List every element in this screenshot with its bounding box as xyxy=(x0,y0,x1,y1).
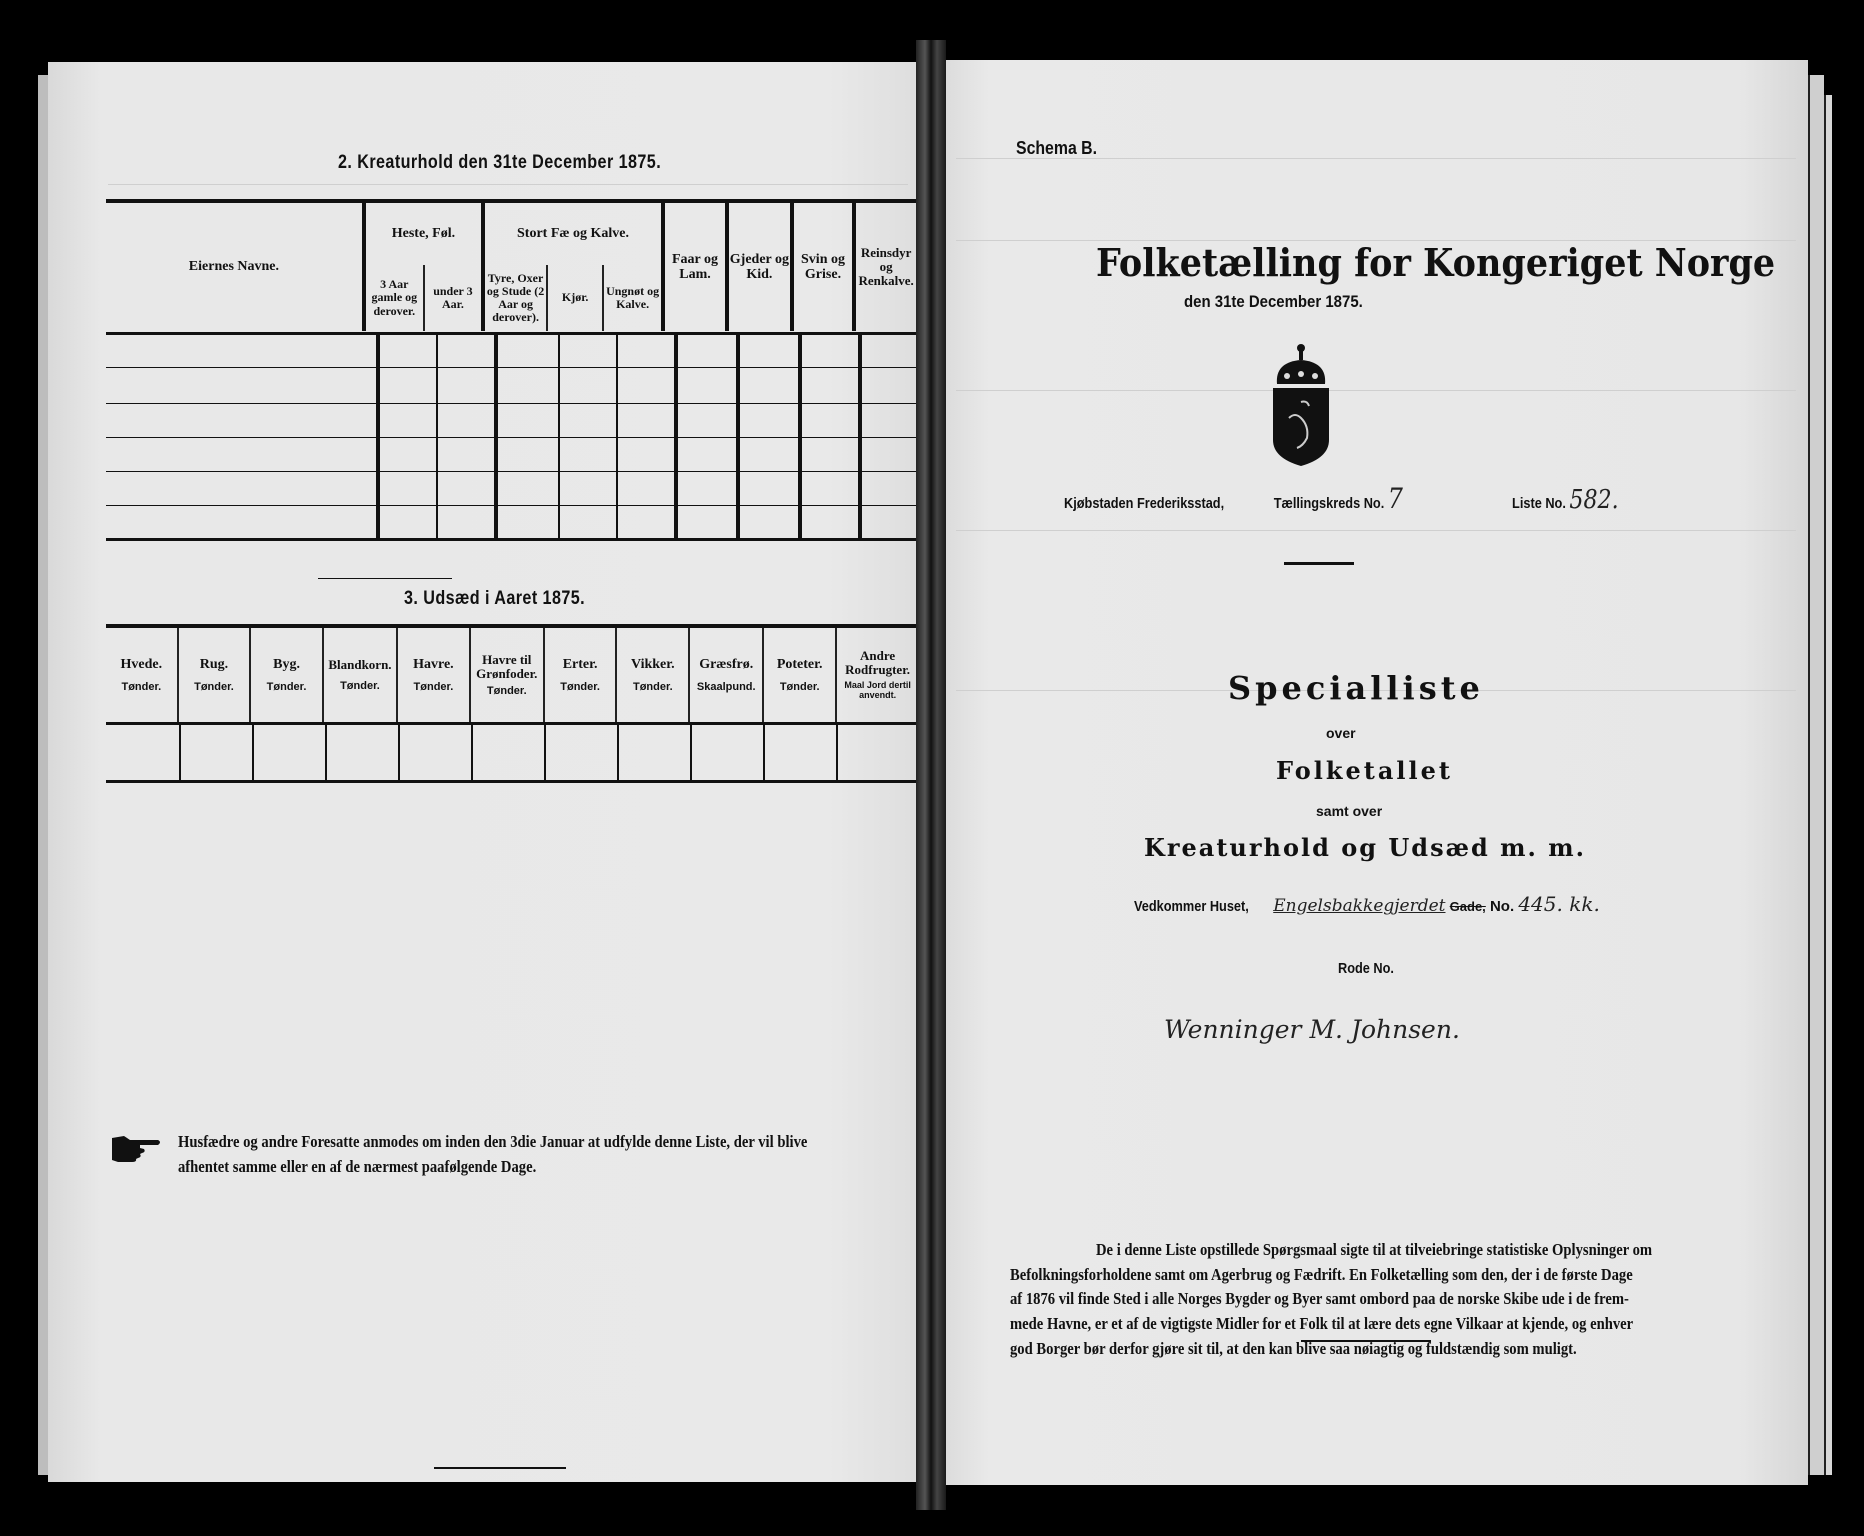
col-cattle-cows: Kjør. xyxy=(547,265,603,331)
samt-over-label: samt over xyxy=(1316,803,1382,819)
paragraph-line: af 1876 vil finde Sted i alle Norges Byg… xyxy=(1010,1287,1801,1312)
district-label: Tællingskreds No. xyxy=(1274,495,1385,512)
col-sheep: Faar og Lam. xyxy=(663,203,727,331)
col-horses-group: Heste, Føl. xyxy=(364,203,483,265)
livestock-table: Eiernes Navne. Heste, Føl. Stort Fæ og K… xyxy=(106,203,916,331)
col-owners: Eiernes Navne. xyxy=(106,203,364,331)
col-reindeer: Reinsdyr og Renkalve. xyxy=(854,203,916,331)
over-label: over xyxy=(1326,725,1356,741)
signature: Wenninger M. Johnsen. xyxy=(1164,1015,1460,1044)
schema-label: Schema B. xyxy=(1016,138,1097,159)
section3-title: 3. Udsæd i Aaret 1875. xyxy=(404,588,585,610)
left-page: 2. Kreaturhold den 31te December 1875. E… xyxy=(48,62,916,1482)
section2-title: 2. Kreaturhold den 31te December 1875. xyxy=(338,152,661,174)
folketallet-title: Folketallet xyxy=(1276,756,1453,785)
seed-col: Erter.Tønder. xyxy=(544,628,617,722)
seed-col: Græsfrø.Skaalpund. xyxy=(689,628,763,722)
paragraph-line: mede Havne, er et af de vigtigste Midler… xyxy=(1010,1312,1801,1337)
ghost-line xyxy=(956,158,1796,159)
seed-col: Vikker.Tønder. xyxy=(616,628,689,722)
notice-line-1: Husfædre og andre Foresatte anmodes om i… xyxy=(178,1130,883,1155)
rode-label: Rode No. xyxy=(1338,960,1394,977)
street-value: Engelsbakkegjerdet xyxy=(1273,896,1445,916)
seed-col: Havre til Grønfoder.Tønder. xyxy=(470,628,544,722)
paragraph-line: De i denne Liste opstillede Spørgsmaal s… xyxy=(1010,1238,1801,1263)
short-divider-1 xyxy=(318,578,452,579)
pointing-hand-icon xyxy=(110,1132,162,1166)
ghost-line xyxy=(956,530,1796,531)
notice-text: Husfædre og andre Foresatte anmodes om i… xyxy=(178,1130,883,1179)
list-label: Liste No. xyxy=(1512,495,1566,512)
col-cattle-young: Ungnøt og Kalve. xyxy=(603,265,663,331)
no-label: No. xyxy=(1490,898,1514,915)
end-rule xyxy=(1301,1340,1431,1342)
paragraph-line: Befolkningsforholdene samt om Agerbrug o… xyxy=(1010,1263,1801,1288)
col-goats: Gjeder og Kid. xyxy=(727,203,792,331)
headline: Folketælling for Kongeriget Norge xyxy=(1096,240,1775,285)
list-value: 582. xyxy=(1569,485,1618,515)
right-page-stack-edge-2 xyxy=(1824,95,1832,1475)
district-value: 7 xyxy=(1388,482,1403,515)
short-divider-3 xyxy=(1284,562,1354,565)
purpose-paragraph: De i denne Liste opstillede Spørgsmaal s… xyxy=(1010,1238,1801,1361)
house-number-value: 445. kk. xyxy=(1518,892,1599,916)
location-line: Kjøbstaden Frederiksstad, Tællingskreds … xyxy=(1064,482,1619,515)
seed-table: Hvede.Tønder. Rug.Tønder. Byg.Tønder. Bl… xyxy=(106,628,918,722)
short-divider-2 xyxy=(434,1467,566,1469)
notice-line-2: afhentet samme eller en af de nærmest pa… xyxy=(178,1155,883,1180)
book-spine xyxy=(916,40,946,1510)
census-date: den 31te December 1875. xyxy=(1184,292,1363,312)
seed-col: Byg.Tønder. xyxy=(250,628,323,722)
house-label: Vedkommer Huset, xyxy=(1134,898,1249,915)
norway-coat-of-arms-icon xyxy=(1271,342,1331,467)
kreaturhold-title: Kreaturhold og Udsæd m. m. xyxy=(1144,833,1586,862)
seed-col: Rug.Tønder. xyxy=(178,628,251,722)
address-line: Vedkommer Huset, Engelsbakkegjerdet Gade… xyxy=(1134,892,1600,916)
gate-label: Gade, xyxy=(1450,899,1486,914)
right-page: Schema B. Folketælling for Kongeriget No… xyxy=(946,60,1808,1485)
col-cattle-bulls: Tyre, Oxer og Stude (2 Aar og derover). xyxy=(483,265,547,331)
seed-col: Havre.Tønder. xyxy=(397,628,470,722)
seed-col: Blandkorn.Tønder. xyxy=(323,628,397,722)
right-page-stack-edge xyxy=(1808,75,1824,1475)
seed-col: Andre Rodfrugter.Maal Jord dertil anvend… xyxy=(836,628,918,722)
faint-rule xyxy=(108,184,908,185)
col-horses-old: 3 Aar gamle og derover. xyxy=(364,265,424,331)
livestock-table-body xyxy=(106,335,916,540)
seed-col: Hvede.Tønder. xyxy=(106,628,178,722)
seed-table-body xyxy=(106,725,918,783)
seed-col: Poteter.Tønder. xyxy=(763,628,836,722)
col-horses-young: under 3 Aar. xyxy=(424,265,483,331)
col-cattle-group: Stort Fæ og Kalve. xyxy=(483,203,663,265)
town-label: Kjøbstaden Frederiksstad, xyxy=(1064,495,1224,512)
col-pigs: Svin og Grise. xyxy=(792,203,854,331)
ghost-line xyxy=(956,390,1796,391)
specialliste-title: Specialliste xyxy=(1228,669,1484,707)
